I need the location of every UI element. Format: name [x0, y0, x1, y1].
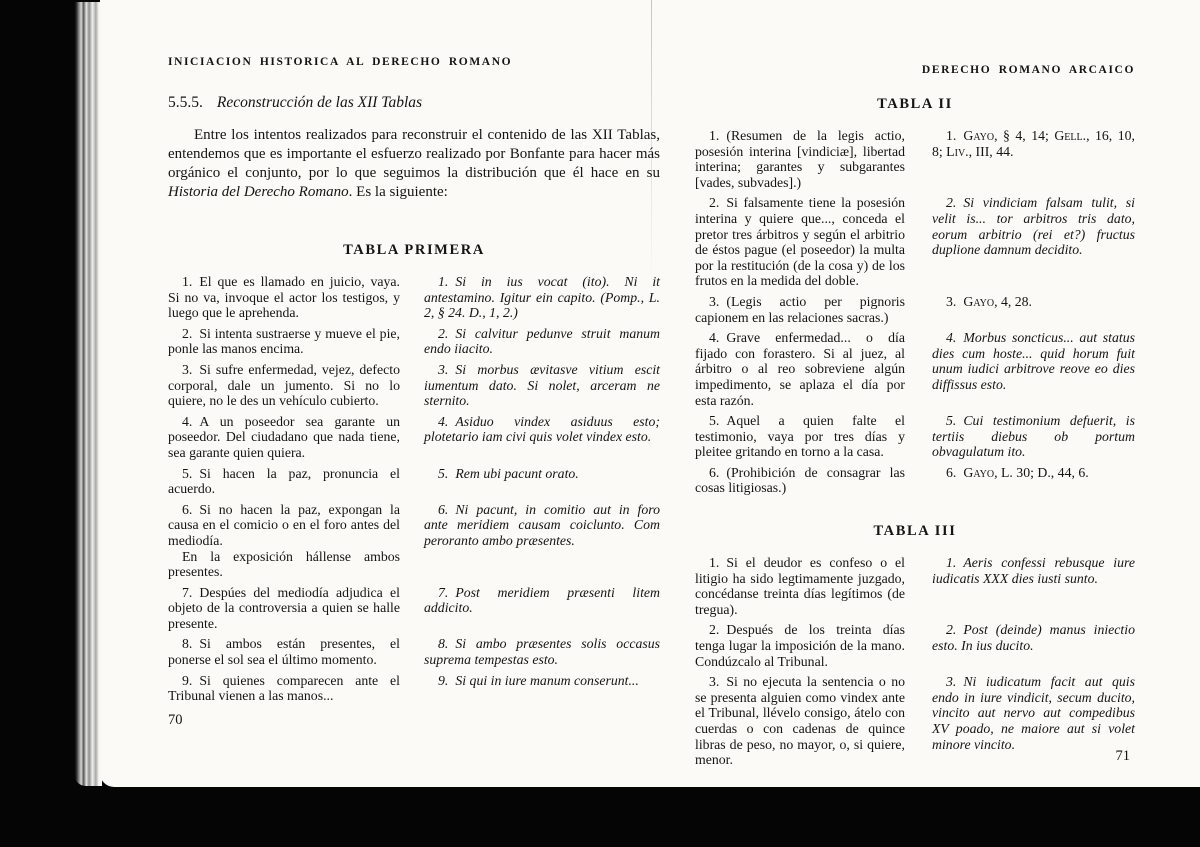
- item-text: (Legis actio per pignoris capionem en la…: [695, 294, 905, 325]
- t1-item-8-es: 8.Si ambos están presentes, el ponerse e…: [168, 636, 400, 667]
- t3-item-3-la: 3.Ni iudicatum facit aut quis endo in iu…: [932, 674, 1135, 768]
- t2-item-6-ref: 6.Gayo, L. 30; D., 44, 6.: [932, 465, 1135, 496]
- item-number: 5.: [438, 466, 455, 481]
- t1-item-2-la: 2.Si calvitur pedunve struit manum endo …: [424, 326, 660, 357]
- t2-item-2-es: 2.Si falsamente tiene la posesión interi…: [695, 195, 905, 289]
- item-paragraph-2: En la exposición hállense ambos presente…: [168, 549, 400, 580]
- item-number: 3.: [709, 674, 726, 689]
- t1-item-3-la: 3.Si morbus ævitasve vitium escit iument…: [424, 362, 660, 409]
- item-number: 5.: [709, 413, 726, 428]
- item-text: Aquel a quien falte el testimonio, vaya …: [695, 413, 905, 459]
- t2-item-5-es: 5.Aquel a quien falte el testimonio, vay…: [695, 413, 905, 460]
- item-number: 2.: [709, 622, 726, 637]
- item-text: Aeris confessi rebusque iure iudicatis X…: [932, 555, 1135, 586]
- page-fore-edges: [74, 2, 102, 786]
- item-number: 3.: [182, 362, 199, 377]
- item-text: Grave enfermedad... o día fijado con for…: [695, 330, 905, 407]
- intro-book-title: Historia del Derecho Romano: [168, 184, 349, 200]
- item-text: Si vindiciam falsam tulit, si velit is..…: [932, 195, 1135, 257]
- tabla-iii-columns: 1.Si el deudor es confeso o el litigio h…: [695, 555, 1135, 773]
- item-text: Si hacen la paz, pronuncia el acuerdo.: [168, 466, 400, 497]
- item-text: Gayo, 4, 28.: [963, 294, 1032, 309]
- item-text: Si ambo præsentes solis occasus suprema …: [424, 636, 660, 667]
- item-text: Si in ius vocat (ito). Ni it antestamino…: [424, 274, 660, 320]
- item-number: 3.: [946, 294, 963, 309]
- t2-item-3-es: 3.(Legis actio per pignoris capionem en …: [695, 294, 905, 325]
- intro-paragraph: Entre los intentos realizados para recon…: [168, 126, 660, 202]
- item-number: 4.: [182, 414, 199, 429]
- t1-item-6-es: 6.Si no hacen la paz, expongan la causa …: [168, 502, 400, 580]
- item-paragraph: 6.Si no hacen la paz, expongan la causa …: [168, 502, 400, 549]
- item-text: A un poseedor sea garante un poseedor. D…: [168, 414, 400, 460]
- item-number: 1.: [709, 128, 726, 143]
- item-number: 4.: [438, 414, 455, 429]
- tabla-ii-columns: 1.(Resumen de la legis actio, posesión i…: [695, 128, 1135, 501]
- item-text: Si sufre enfermedad, vejez, defecto corp…: [168, 362, 400, 408]
- item-text: Si no ejecuta la sentencia o no se prese…: [695, 674, 905, 767]
- t1-item-6-la: 6.Ni pacunt, in comitio aut in foro ante…: [424, 502, 660, 580]
- item-text: Ni iudicatum facit aut quis endo in iure…: [932, 674, 1135, 751]
- intro-text-1: Entre los intentos realizados para recon…: [168, 127, 660, 181]
- item-number: 6.: [709, 465, 726, 480]
- item-number: 9.: [182, 673, 199, 688]
- t1-item-2-es: 2.Si intenta sustraerse y mueve el pie, …: [168, 326, 400, 357]
- item-text: (Prohibición de consagrar las cosas liti…: [695, 465, 905, 496]
- item-number: 7.: [182, 585, 199, 600]
- item-number: 1.: [182, 274, 199, 289]
- item-number: 3.: [438, 362, 455, 377]
- item-text: Si quienes comparecen ante el Tribunal v…: [168, 673, 400, 704]
- section-title: Reconstrucción de las XII Tablas: [217, 94, 422, 111]
- item-text: Post meridiem præsenti litem addicito.: [424, 585, 660, 616]
- item-number: 8.: [438, 636, 455, 651]
- item-text: Rem ubi pacunt orato.: [455, 466, 578, 481]
- tabla-primera-title: TABLA PRIMERA: [168, 242, 660, 259]
- t2-item-4-es: 4.Grave enfermedad... o día fijado con f…: [695, 330, 905, 408]
- item-number: 4.: [709, 330, 726, 345]
- item-number: 5.: [946, 413, 963, 428]
- t3-item-1-la: 1.Aeris confessi rebusque iure iudicatis…: [932, 555, 1135, 617]
- t1-item-4-es: 4.A un poseedor sea garante un poseedor.…: [168, 414, 400, 461]
- t1-item-1-es: 1.El que es llamado en juicio, vaya. Si …: [168, 274, 400, 321]
- item-number: 6.: [946, 465, 963, 480]
- item-text: Después de los treinta días tenga lugar …: [695, 622, 905, 668]
- t2-item-5-la: 5.Cui testimonium defuerit, is tertiis d…: [932, 413, 1135, 460]
- item-text: Si qui in iure manum conserunt...: [455, 673, 638, 688]
- item-number: 6.: [182, 502, 199, 517]
- t3-item-3-es: 3.Si no ejecuta la sentencia o no se pre…: [695, 674, 905, 768]
- t1-item-1-la: 1.Si in ius vocat (ito). Ni it antestami…: [424, 274, 660, 321]
- section-number: 5.5.5.: [168, 94, 217, 111]
- item-number: 6.: [438, 502, 455, 517]
- item-number: 1.: [709, 555, 726, 570]
- t1-item-5-es: 5.Si hacen la paz, pronuncia el acuerdo.: [168, 466, 400, 497]
- item-number: 5.: [182, 466, 199, 481]
- item-number: 8.: [182, 636, 199, 651]
- item-text: Morbus soncticus... aut status dies cum …: [932, 330, 1135, 392]
- t1-item-3-es: 3.Si sufre enfermedad, vejez, defecto co…: [168, 362, 400, 409]
- item-number: 1.: [438, 274, 455, 289]
- t2-item-1-es: 1.(Resumen de la legis actio, posesión i…: [695, 128, 905, 190]
- t1-item-8-la: 8.Si ambo præsentes solis occasus suprem…: [424, 636, 660, 667]
- page-number-70: 70: [168, 712, 183, 729]
- item-text: El que es llamado en juicio, vaya. Si no…: [168, 274, 400, 320]
- running-head-right: DERECHO ROMANO ARCAICO: [695, 64, 1135, 76]
- item-text: Si ambos están presentes, el ponerse el …: [168, 636, 400, 667]
- item-number: 7.: [438, 585, 455, 600]
- book-spread: INICIACION HISTORICA AL DERECHO ROMANO 5…: [100, 0, 1200, 787]
- item-text: Post (deinde) manus iniectio esto. In iu…: [932, 622, 1135, 653]
- item-text: Si calvitur pedunve struit manum endo ii…: [424, 326, 660, 357]
- t3-item-2-es: 2.Después de los treinta días tenga luga…: [695, 622, 905, 669]
- item-number: 9.: [438, 673, 455, 688]
- tabla-primera-columns: 1.El que es llamado en juicio, vaya. Si …: [168, 274, 660, 709]
- item-text: Cui testimonium defuerit, is tertiis die…: [932, 413, 1135, 459]
- item-number: 3.: [709, 294, 726, 309]
- item-number: 2.: [709, 195, 726, 210]
- item-text: Si no hacen la paz, expongan la causa en…: [168, 502, 400, 548]
- page-right: DERECHO ROMANO ARCAICO TABLA II 1.(Resum…: [660, 0, 1200, 787]
- item-text: Si intenta sustraerse y mueve el pie, po…: [168, 326, 400, 357]
- page-number-71: 71: [1116, 748, 1131, 765]
- section-heading: 5.5.5.Reconstrucción de las XII Tablas: [168, 94, 660, 112]
- t2-item-4-la: 4.Morbus soncticus... aut status dies cu…: [932, 330, 1135, 408]
- tabla-ii-title: TABLA II: [695, 96, 1135, 113]
- t2-item-3-ref: 3.Gayo, 4, 28.: [932, 294, 1135, 325]
- t1-item-7-la: 7.Post meridiem præsenti litem addicito.: [424, 585, 660, 632]
- t3-item-1-es: 1.Si el deudor es confeso o el litigio h…: [695, 555, 905, 617]
- tabla-iii-title: TABLA III: [695, 523, 1135, 540]
- item-text: Asiduo vindex asiduus esto; plotetario i…: [424, 414, 660, 445]
- item-number: 3.: [946, 674, 963, 689]
- t1-item-9-la: 9.Si qui in iure manum conserunt...: [424, 673, 660, 704]
- item-text: Si falsamente tiene la posesión interina…: [695, 195, 905, 288]
- t2-item-6-es: 6.(Prohibición de consagrar las cosas li…: [695, 465, 905, 496]
- item-text: Ni pacunt, in comitio aut in foro ante m…: [424, 502, 660, 548]
- t3-item-2-la: 2.Post (deinde) manus iniectio esto. In …: [932, 622, 1135, 669]
- t1-item-5-la: 5.Rem ubi pacunt orato.: [424, 466, 660, 497]
- item-number: 4.: [946, 330, 963, 345]
- intro-text-2: . Es la siguiente:: [349, 184, 448, 200]
- item-number: 1.: [946, 128, 963, 143]
- t2-item-1-ref: 1.Gayo, § 4, 14; Gell., 16, 10, 8; Liv.,…: [932, 128, 1135, 190]
- item-text: (Resumen de la legis actio, posesión int…: [695, 128, 905, 190]
- page-left: INICIACION HISTORICA AL DERECHO ROMANO 5…: [100, 0, 660, 787]
- running-head-left: INICIACION HISTORICA AL DERECHO ROMANO: [168, 56, 660, 68]
- item-number: 2.: [946, 195, 963, 210]
- item-number: 2.: [438, 326, 455, 341]
- t2-item-2-la: 2.Si vindiciam falsam tulit, si velit is…: [932, 195, 1135, 289]
- t1-item-4-la: 4.Asiduo vindex asiduus esto; plotetario…: [424, 414, 660, 461]
- item-number: 1.: [946, 555, 963, 570]
- book-scan: INICIACION HISTORICA AL DERECHO ROMANO 5…: [0, 0, 1200, 847]
- item-text: Despúes del mediodía adjudica el objeto …: [168, 585, 400, 631]
- item-number: 2.: [946, 622, 963, 637]
- item-text: Gayo, § 4, 14; Gell., 16, 10, 8; Liv., I…: [932, 128, 1135, 159]
- item-text: Gayo, L. 30; D., 44, 6.: [963, 465, 1088, 480]
- item-text: Si el deudor es confeso o el litigio ha …: [695, 555, 905, 617]
- t1-item-9-es: 9.Si quienes comparecen ante el Tribunal…: [168, 673, 400, 704]
- item-number: 2.: [182, 326, 199, 341]
- item-text: Si morbus ævitasve vitium escit iumentum…: [424, 362, 660, 408]
- t1-item-7-es: 7.Despúes del mediodía adjudica el objet…: [168, 585, 400, 632]
